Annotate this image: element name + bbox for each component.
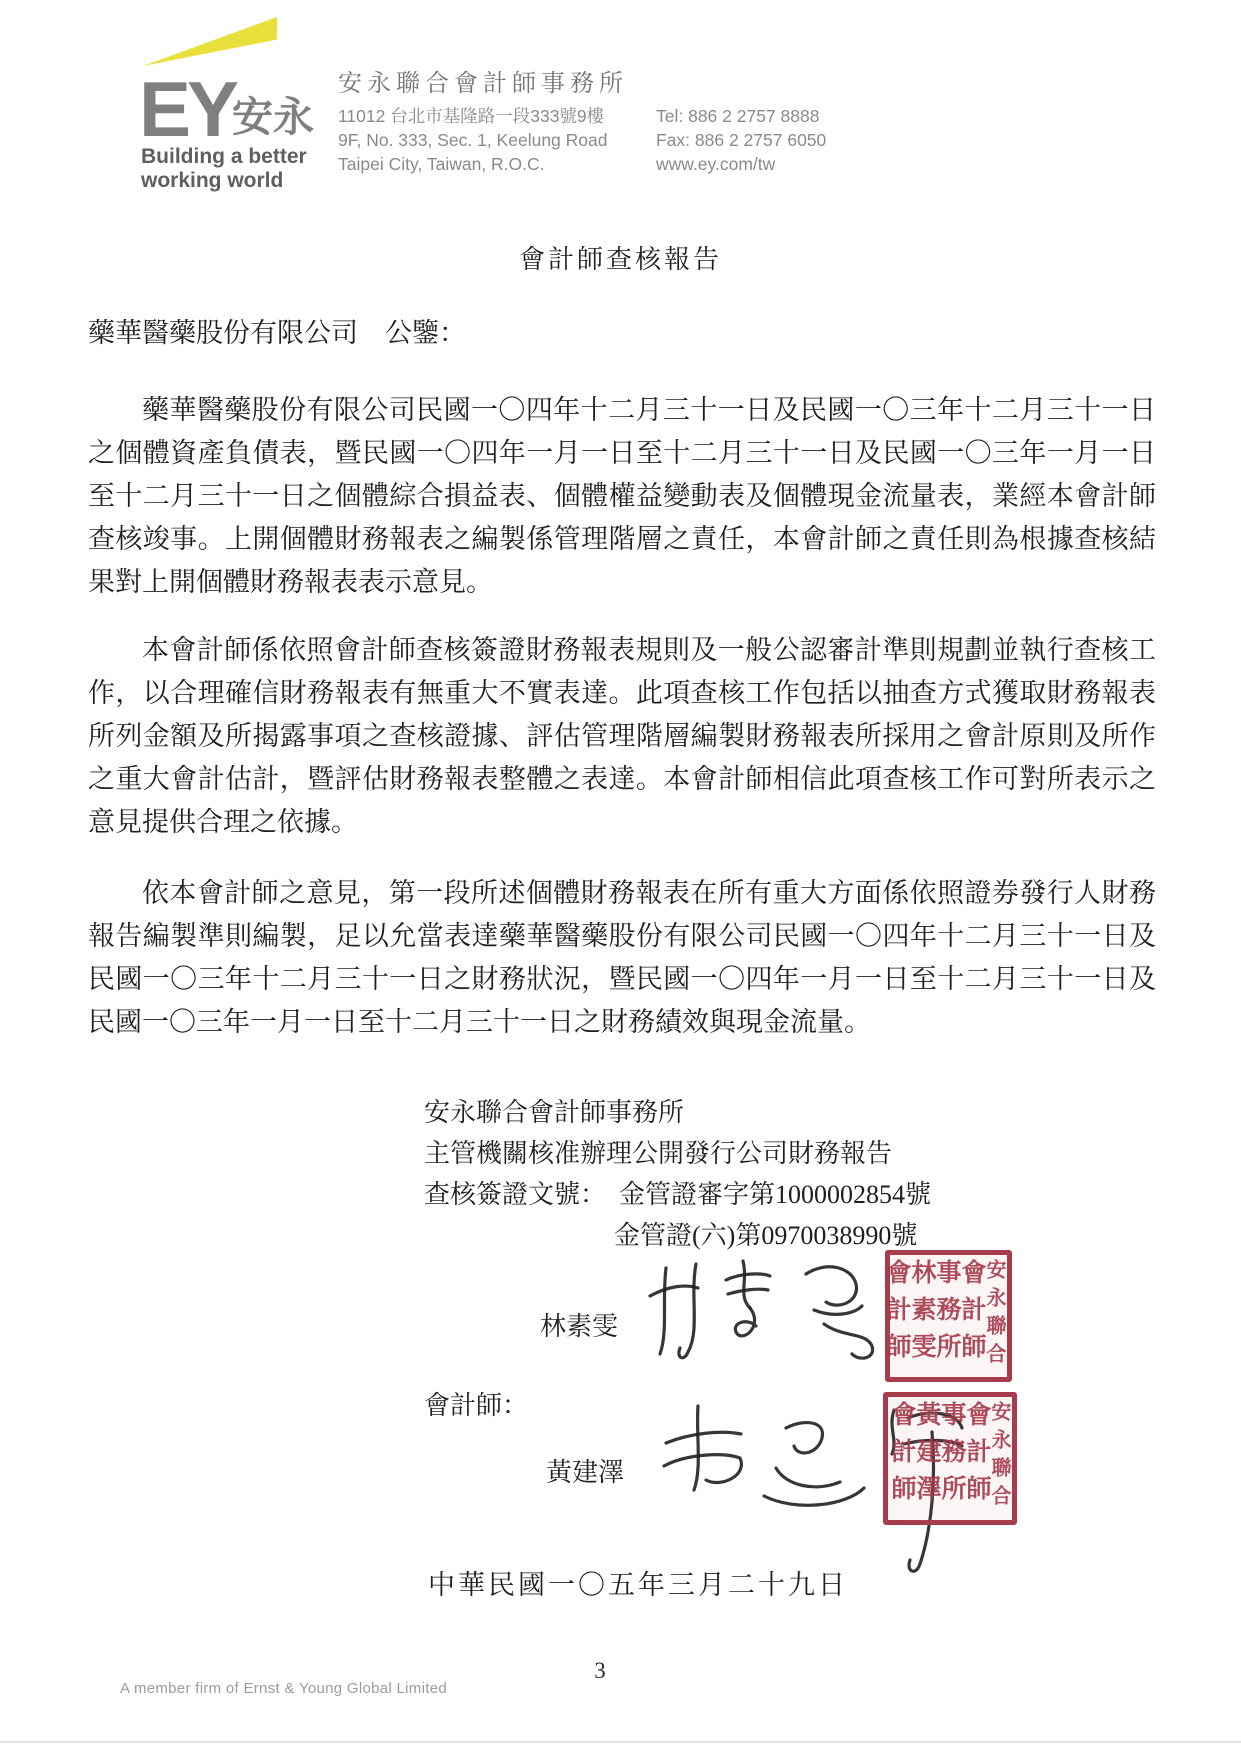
page-number: 3 — [560, 1658, 640, 1684]
seal-column: 安永聯合 — [984, 1259, 1004, 1371]
auditor-seal-huang: 安永聯合 會計師 事務所 黃建澤 會計師 — [883, 1392, 1017, 1525]
address-line2: 9F, No. 333, Sec. 1, Keelung Road — [338, 129, 607, 153]
signature-lin-suwen — [638, 1246, 888, 1371]
signoff-approval: 主管機關核准辦理公開發行公司財務報告 — [424, 1133, 931, 1174]
firm-contact: Tel: 886 2 2757 8888 Fax: 886 2 2757 605… — [656, 105, 826, 176]
contact-tel: Tel: 886 2 2757 8888 — [656, 105, 826, 129]
paragraph-audit-basis: 本會計師係依照會計師查核簽證財務報表規則及一般公認審計準則規劃並執行查核工作，以… — [88, 629, 1156, 844]
salutation-line: 藥華醫藥股份有限公司 公鑒： — [88, 311, 466, 350]
seal-column: 會計師 — [964, 1401, 989, 1512]
signoff-docno1: 查核簽證文號： 金管證審字第1000002854號 — [424, 1174, 931, 1215]
scan-edge-line — [0, 1741, 1241, 1743]
accountant-name-huang: 黃建澤 — [546, 1452, 624, 1489]
contact-fax: Fax: 886 2 2757 6050 — [656, 129, 826, 153]
report-date: 中華民國一〇五年三月二十九日 — [428, 1563, 848, 1602]
signoff-firm: 安永聯合會計師事務所 — [424, 1092, 931, 1133]
firm-address: 11012 台北市基隆路一段333號9樓 9F, No. 333, Sec. 1… — [338, 105, 607, 176]
seal-column: 林素雯 — [909, 1259, 934, 1370]
ey-logo-letters: EY — [139, 70, 235, 148]
ey-tagline-line1: Building a better — [141, 145, 307, 169]
seal-column: 事務所 — [939, 1401, 964, 1512]
paragraph-opinion: 依本會計師之意見，第一段所述個體財務報表在所有重大方面係依照證券發行人財務報告編… — [88, 872, 1156, 1044]
seal-column: 事務所 — [934, 1259, 959, 1370]
member-firm-note: A member firm of Ernst & Young Global Li… — [120, 1680, 447, 1697]
auditor-seal-lin: 安永聯合 會計師 事務所 林素雯 會計師 — [885, 1250, 1012, 1382]
address-line3: Taipei City, Taiwan, R.O.C. — [338, 153, 607, 177]
ey-logo-chinese: 安永 — [232, 97, 314, 138]
seal-column: 黃建澤 — [914, 1401, 939, 1512]
ey-tagline: Building a better working world — [141, 145, 307, 192]
signoff-block: 安永聯合會計師事務所 主管機關核准辦理公開發行公司財務報告 查核簽證文號： 金管… — [424, 1092, 931, 1256]
accountant-name-lin: 林素雯 — [540, 1306, 618, 1343]
seal-column: 會計師 — [889, 1401, 914, 1512]
seal-column: 會計師 — [884, 1259, 909, 1370]
seal-column: 安永聯合 — [989, 1401, 1009, 1513]
contact-web: www.ey.com/tw — [656, 153, 826, 177]
report-title: 會計師查核報告 — [0, 239, 1241, 276]
seal-column: 會計師 — [959, 1259, 984, 1370]
ey-beam-icon — [143, 17, 277, 66]
paragraph-scope: 藥華醫藥股份有限公司民國一〇四年十二月三十一日及民國一〇三年十二月三十一日之個體… — [88, 389, 1156, 604]
ey-tagline-line2: working world — [141, 169, 307, 193]
address-line1: 11012 台北市基隆路一段333號9樓 — [338, 105, 607, 129]
firm-name: 安永聯合會計師事務所 — [338, 63, 628, 98]
cpa-label: 會計師： — [424, 1385, 528, 1422]
